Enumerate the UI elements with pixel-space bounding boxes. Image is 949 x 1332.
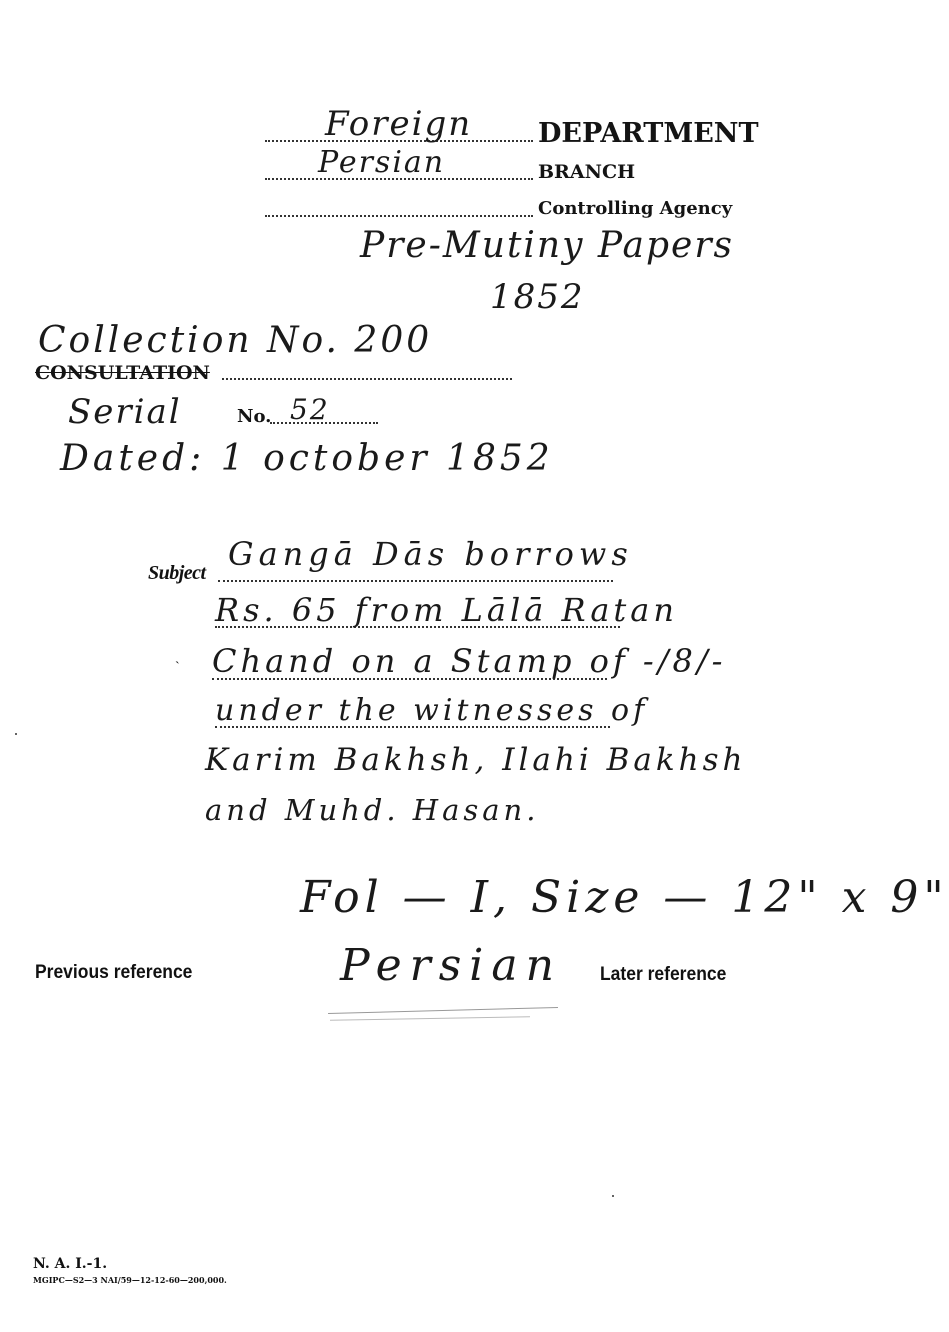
subject-line-4: under the witnesses of <box>215 693 648 728</box>
series-year: 1852 <box>490 277 585 317</box>
print-line: MGIPC—S2—3 NAI/59—12-12-60—200,000. <box>33 1275 227 1285</box>
serial-prefix: Serial <box>68 392 182 432</box>
branch-label: BRANCH <box>538 161 635 183</box>
language-note: Persian <box>340 940 562 991</box>
series-title: Pre-Mutiny Papers <box>360 225 734 266</box>
subject-line-5: Karim Bakhsh, Ilahi Bakhsh <box>205 742 746 778</box>
speck <box>15 733 17 735</box>
serial-label: No. <box>237 406 271 427</box>
subject-label: Subject <box>148 562 206 585</box>
speck <box>612 1195 614 1197</box>
consultation-label: CONSULTATION <box>35 362 210 384</box>
department-label: DEPARTMENT <box>538 118 759 149</box>
form-code: N. A. I.-1. <box>33 1256 107 1272</box>
agency-dotted-line <box>265 215 533 217</box>
subject-line-2: Rs. 65 from Lālā Ratan <box>215 591 678 629</box>
collection-number: Collection No. 200 <box>38 320 432 361</box>
consultation-dotted-line <box>222 378 512 380</box>
subject-line-3: Chand on a Stamp of -/8/- <box>212 642 726 680</box>
dated-line: Dated: 1 october 1852 <box>60 438 554 479</box>
later-reference-label: Later reference <box>600 964 726 986</box>
subject-dotted-line-1 <box>218 580 613 582</box>
faint-underline <box>328 1007 558 1014</box>
serial-value: 52 <box>290 393 330 426</box>
folio-size: Fol — I, Size — 12" x 9" <box>300 872 949 923</box>
faint-underline-2 <box>330 1016 530 1020</box>
stray-mark: ` <box>175 660 180 676</box>
previous-reference-label: Previous reference <box>35 962 192 984</box>
subject-line-6: and Muhd. Hasan. <box>205 793 539 827</box>
branch-value: Persian <box>318 145 445 180</box>
department-value: Foreign <box>325 104 472 144</box>
subject-line-1: Gangā Dās borrows <box>228 535 633 573</box>
agency-label: Controlling Agency <box>538 198 732 219</box>
